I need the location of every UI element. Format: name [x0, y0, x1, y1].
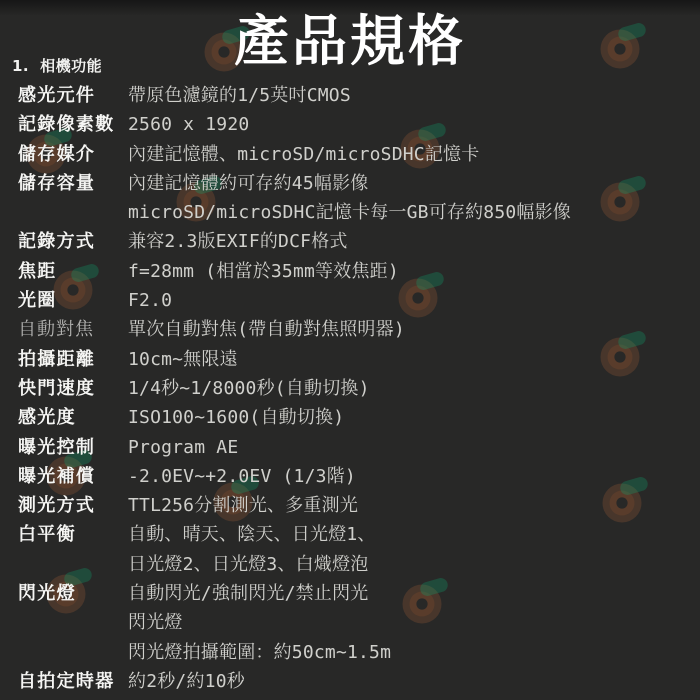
spec-label: 儲存容量: [18, 169, 128, 198]
spec-value-line: 自動、晴天、陰天、日光燈1、: [128, 520, 376, 549]
section-header: 1.相機功能: [12, 57, 102, 75]
spec-value-line: -2.0EV~+2.0EV (1/3階): [128, 462, 356, 491]
spec-value: F2.0: [128, 286, 172, 315]
spec-row: 曝光補償-2.0EV~+2.0EV (1/3階): [18, 462, 690, 491]
spec-label: 光圈: [18, 286, 128, 315]
spec-row: 記錄方式兼容2.3版EXIF的DCF格式: [18, 227, 690, 256]
spec-value-line: f=28mm (相當於35mm等效焦距): [128, 257, 399, 286]
section-number: 1.: [12, 57, 29, 75]
spec-row: 感光度ISO100~1600(自動切換): [18, 403, 690, 432]
spec-row: 快門速度1/4秒~1/8000秒(自動切換): [18, 374, 690, 403]
spec-label: 焦距: [18, 257, 128, 286]
spec-value-line: 帶原色濾鏡的1/5英吋CMOS: [128, 81, 351, 110]
spec-label: 測光方式: [18, 491, 128, 520]
spec-value-line: F2.0: [128, 286, 172, 315]
spec-value: -2.0EV~+2.0EV (1/3階): [128, 462, 356, 491]
spec-label: 快門速度: [18, 374, 128, 403]
spec-value: 自動、晴天、陰天、日光燈1、日光燈2、日光燈3、白熾燈泡: [128, 520, 376, 579]
spec-label: 拍攝距離: [18, 345, 128, 374]
spec-label: 自拍定時器: [18, 667, 128, 696]
spec-row: 閃光燈自動閃光/強制閃光/禁止閃光閃光燈閃光燈拍攝範圍：約50cm~1.5m: [18, 579, 690, 667]
spec-label: 曝光控制: [18, 433, 128, 462]
spec-value-line: 2560 x 1920: [128, 110, 249, 139]
spec-value-line: 自動閃光/強制閃光/禁止閃光: [128, 579, 391, 608]
spec-row: 自動對焦單次自動對焦(帶自動對焦照明器): [18, 315, 690, 344]
spec-row: 自拍定時器約2秒/約10秒: [18, 667, 690, 696]
spec-value-line: 閃光燈拍攝範圍：約50cm~1.5m: [128, 638, 391, 667]
spec-value-line: ISO100~1600(自動切換): [128, 403, 344, 432]
spec-value-line: 內建記憶體約可存約45幅影像: [128, 169, 571, 198]
spec-row: 感光元件帶原色濾鏡的1/5英吋CMOS: [18, 81, 690, 110]
spec-value: 約2秒/約10秒: [128, 667, 245, 696]
spec-value-line: TTL256分割測光、多重測光: [128, 491, 358, 520]
spec-value: 自動閃光/強制閃光/禁止閃光閃光燈閃光燈拍攝範圍：約50cm~1.5m: [128, 579, 391, 667]
spec-row: 焦距f=28mm (相當於35mm等效焦距): [18, 257, 690, 286]
spec-value-line: 約2秒/約10秒: [128, 667, 245, 696]
spec-label: 曝光補償: [18, 462, 128, 491]
spec-value-line: 1/4秒~1/8000秒(自動切換): [128, 374, 370, 403]
spec-row: 記錄像素數2560 x 1920: [18, 110, 690, 139]
spec-value: Program AE: [128, 433, 238, 462]
spec-value: 帶原色濾鏡的1/5英吋CMOS: [128, 81, 351, 110]
spec-value-line: 兼容2.3版EXIF的DCF格式: [128, 227, 348, 256]
spec-value-line: 日光燈2、日光燈3、白熾燈泡: [128, 550, 376, 579]
spec-label: 記錄像素數: [18, 110, 128, 139]
spec-label: 儲存媒介: [18, 140, 128, 169]
spec-value: 2560 x 1920: [128, 110, 249, 139]
spec-value-line: microSD/microSDHC記憶卡每一GB可存約850幅影像: [128, 198, 571, 227]
page-title: 產品規格: [0, 11, 700, 71]
spec-row: 白平衡自動、晴天、陰天、日光燈1、日光燈2、日光燈3、白熾燈泡: [18, 520, 690, 579]
spec-label: 感光度: [18, 403, 128, 432]
spec-value-line: 10cm~無限遠: [128, 345, 238, 374]
spec-value: ISO100~1600(自動切換): [128, 403, 344, 432]
spec-value: 單次自動對焦(帶自動對焦照明器): [128, 315, 405, 344]
spec-value-line: 內建記憶體、microSD/microSDHC記憶卡: [128, 140, 479, 169]
spec-value: f=28mm (相當於35mm等效焦距): [128, 257, 399, 286]
spec-row: 儲存容量內建記憶體約可存約45幅影像microSD/microSDHC記憶卡每一…: [18, 169, 690, 228]
spec-label: 感光元件: [18, 81, 128, 110]
spec-row: 測光方式TTL256分割測光、多重測光: [18, 491, 690, 520]
spec-sheet-page: 產品規格 1.相機功能 感光元件帶原色濾鏡的1/5英吋CMOS記錄像素數2560…: [0, 0, 700, 700]
spec-value: 1/4秒~1/8000秒(自動切換): [128, 374, 370, 403]
spec-row: 曝光控制Program AE: [18, 433, 690, 462]
spec-value: 兼容2.3版EXIF的DCF格式: [128, 227, 348, 256]
spec-label: 記錄方式: [18, 227, 128, 256]
spec-value-line: 閃光燈: [128, 608, 391, 637]
spec-label: 閃光燈: [18, 579, 128, 608]
spec-value: 10cm~無限遠: [128, 345, 238, 374]
spec-value: TTL256分割測光、多重測光: [128, 491, 358, 520]
spec-value: 內建記憶體、microSD/microSDHC記憶卡: [128, 140, 479, 169]
spec-value-line: 單次自動對焦(帶自動對焦照明器): [128, 315, 405, 344]
spec-row: 光圈F2.0: [18, 286, 690, 315]
spec-table: 感光元件帶原色濾鏡的1/5英吋CMOS記錄像素數2560 x 1920儲存媒介內…: [18, 81, 690, 696]
spec-value-line: Program AE: [128, 433, 238, 462]
spec-label: 白平衡: [18, 520, 128, 549]
spec-row: 拍攝距離10cm~無限遠: [18, 345, 690, 374]
spec-row: 儲存媒介內建記憶體、microSD/microSDHC記憶卡: [18, 140, 690, 169]
spec-label: 自動對焦: [18, 315, 128, 344]
spec-value: 內建記憶體約可存約45幅影像microSD/microSDHC記憶卡每一GB可存…: [128, 169, 571, 228]
section-title: 相機功能: [40, 57, 102, 75]
